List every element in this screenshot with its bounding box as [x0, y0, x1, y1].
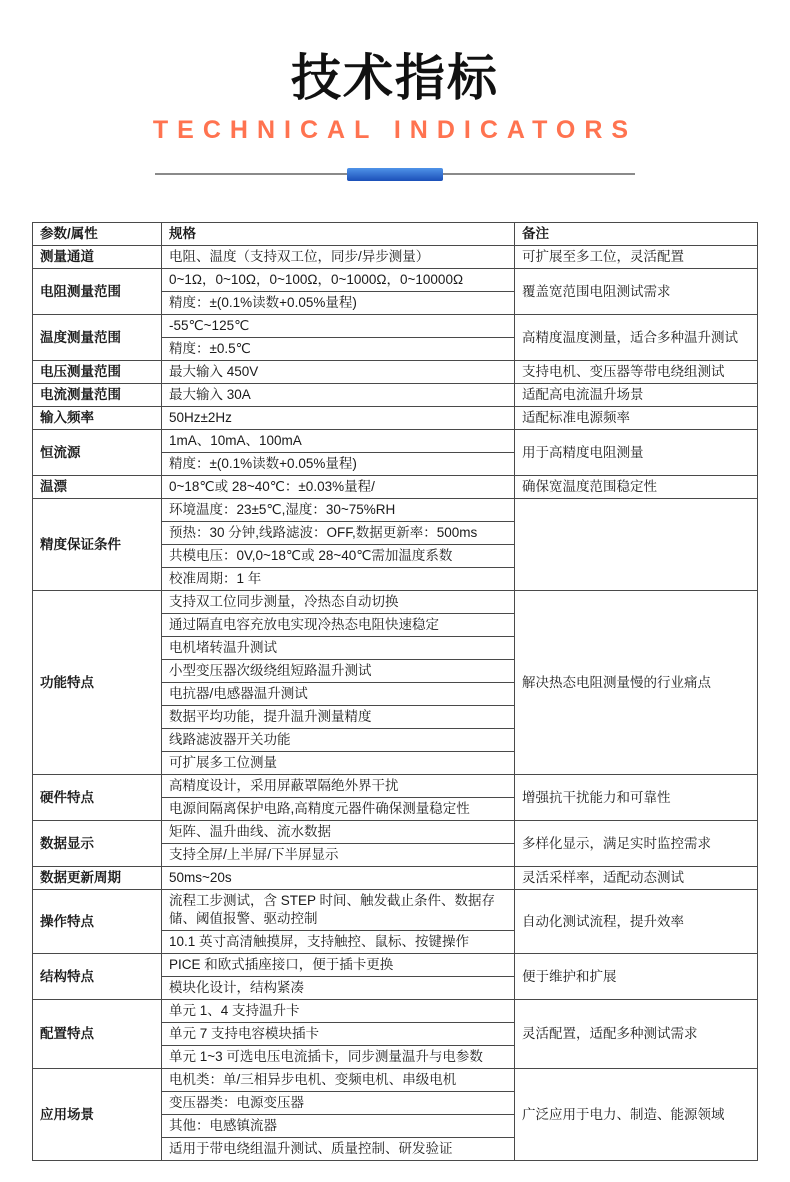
- spec-cell: 单元 7 支持电容模块插卡: [162, 1023, 515, 1046]
- spec-cell: 小型变压器次级绕组短路温升测试: [162, 660, 515, 683]
- header-row: 参数/属性规格备注: [33, 223, 758, 246]
- remark-cell: [515, 499, 758, 591]
- param-cell: 温度测量范围: [33, 315, 162, 361]
- spec-cell: 模块化设计，结构紧凑: [162, 977, 515, 1000]
- remark-cell: 灵活采样率，适配动态测试: [515, 867, 758, 890]
- spec-cell: 0~18℃或 28~40℃：±0.03%量程/: [162, 476, 515, 499]
- param-cell: 输入频率: [33, 407, 162, 430]
- spec-cell: 电抗器/电感器温升测试: [162, 683, 515, 706]
- table-row: 输入频率50Hz±2Hz适配标准电源频率: [33, 407, 758, 430]
- param-cell: 结构特点: [33, 954, 162, 1000]
- table-row: 配置特点单元 1、4 支持温升卡灵活配置，适配多种测试需求: [33, 1000, 758, 1023]
- table-row: 结构特点PICE 和欧式插座接口，便于插卡更换便于维护和扩展: [33, 954, 758, 977]
- remark-cell: 广泛应用于电力、制造、能源领域: [515, 1069, 758, 1161]
- remark-cell: 便于维护和扩展: [515, 954, 758, 1000]
- spec-cell: 通过隔直电容充放电实现冷热态电阻快速稳定: [162, 614, 515, 637]
- spec-cell: 50ms~20s: [162, 867, 515, 890]
- spec-cell: 其他：电感镇流器: [162, 1115, 515, 1138]
- spec-cell: 支持双工位同步测量，冷热态自动切换: [162, 591, 515, 614]
- param-cell: 数据更新周期: [33, 867, 162, 890]
- spec-cell: 精度：±0.5℃: [162, 338, 515, 361]
- column-header: 参数/属性: [33, 223, 162, 246]
- spec-cell: 电机类：单/三相异步电机、变频电机、串级电机: [162, 1069, 515, 1092]
- param-cell: 恒流源: [33, 430, 162, 476]
- table-row: 精度保证条件环境温度：23±5℃,湿度：30~75%RH: [33, 499, 758, 522]
- param-cell: 电压测量范围: [33, 361, 162, 384]
- spec-table: 参数/属性规格备注 测量通道电阻、温度（支持双工位，同步/异步测量）可扩展至多工…: [32, 222, 758, 1161]
- divider-accent-bar: [347, 168, 443, 181]
- spec-cell: 单元 1、4 支持温升卡: [162, 1000, 515, 1023]
- table-row: 数据显示矩阵、温升曲线、流水数据多样化显示，满足实时监控需求: [33, 821, 758, 844]
- remark-cell: 可扩展至多工位，灵活配置: [515, 246, 758, 269]
- spec-cell: 预热：30 分钟,线路滤波：OFF,数据更新率：500ms: [162, 522, 515, 545]
- remark-cell: 用于高精度电阻测量: [515, 430, 758, 476]
- table-row: 数据更新周期50ms~20s灵活采样率，适配动态测试: [33, 867, 758, 890]
- spec-table-body: 测量通道电阻、温度（支持双工位，同步/异步测量）可扩展至多工位，灵活配置电阻测量…: [33, 246, 758, 1161]
- table-row: 电阻测量范围0~1Ω，0~10Ω，0~100Ω，0~1000Ω，0~10000Ω…: [33, 269, 758, 292]
- spec-cell: 最大输入 30A: [162, 384, 515, 407]
- remark-cell: 覆盖宽范围电阻测试需求: [515, 269, 758, 315]
- spec-cell: 流程工步测试，含 STEP 时间、触发截止条件、数据存储、阈值报警、驱动控制: [162, 890, 515, 931]
- table-row: 测量通道电阻、温度（支持双工位，同步/异步测量）可扩展至多工位，灵活配置: [33, 246, 758, 269]
- spec-cell: 单元 1~3 可选电压电流插卡，同步测量温升与电参数: [162, 1046, 515, 1069]
- spec-cell: 数据平均功能，提升温升测量精度: [162, 706, 515, 729]
- spec-cell: 线路滤波器开关功能: [162, 729, 515, 752]
- table-row: 操作特点流程工步测试，含 STEP 时间、触发截止条件、数据存储、阈值报警、驱动…: [33, 890, 758, 931]
- spec-cell: 变压器类：电源变压器: [162, 1092, 515, 1115]
- table-row: 温度测量范围-55℃~125℃高精度温度测量，适合多种温升测试: [33, 315, 758, 338]
- table-row: 电流测量范围最大输入 30A适配高电流温升场景: [33, 384, 758, 407]
- header: 技术指标 TECHNICAL INDICATORS: [0, 0, 790, 182]
- remark-cell: 适配高电流温升场景: [515, 384, 758, 407]
- remark-cell: 适配标准电源频率: [515, 407, 758, 430]
- spec-cell: PICE 和欧式插座接口，便于插卡更换: [162, 954, 515, 977]
- param-cell: 电阻测量范围: [33, 269, 162, 315]
- column-header: 备注: [515, 223, 758, 246]
- spec-cell: 1mA、10mA、100mA: [162, 430, 515, 453]
- spec-cell: 校准周期：1 年: [162, 568, 515, 591]
- spec-cell: 最大输入 450V: [162, 361, 515, 384]
- param-cell: 测量通道: [33, 246, 162, 269]
- table-row: 温漂0~18℃或 28~40℃：±0.03%量程/确保宽温度范围稳定性: [33, 476, 758, 499]
- spec-cell: 可扩展多工位测量: [162, 752, 515, 775]
- remark-cell: 增强抗干扰能力和可靠性: [515, 775, 758, 821]
- param-cell: 功能特点: [33, 591, 162, 775]
- param-cell: 数据显示: [33, 821, 162, 867]
- spec-cell: 环境温度：23±5℃,湿度：30~75%RH: [162, 499, 515, 522]
- param-cell: 硬件特点: [33, 775, 162, 821]
- spec-cell: 50Hz±2Hz: [162, 407, 515, 430]
- param-cell: 配置特点: [33, 1000, 162, 1069]
- spec-cell: 共模电压：0V,0~18℃或 28~40℃需加温度系数: [162, 545, 515, 568]
- spec-cell: 精度：±(0.1%读数+0.05%量程): [162, 453, 515, 476]
- table-row: 硬件特点高精度设计，采用屏蔽罩隔绝外界干扰增强抗干扰能力和可靠性: [33, 775, 758, 798]
- spec-cell: 支持全屏/上半屏/下半屏显示: [162, 844, 515, 867]
- spec-cell: 电阻、温度（支持双工位，同步/异步测量）: [162, 246, 515, 269]
- remark-cell: 自动化测试流程，提升效率: [515, 890, 758, 954]
- remark-cell: 解决热态电阻测量慢的行业痛点: [515, 591, 758, 775]
- table-row: 功能特点支持双工位同步测量，冷热态自动切换解决热态电阻测量慢的行业痛点: [33, 591, 758, 614]
- remark-cell: 支持电机、变压器等带电绕组测试: [515, 361, 758, 384]
- spec-cell: 高精度设计，采用屏蔽罩隔绝外界干扰: [162, 775, 515, 798]
- page-title: 技术指标: [0, 48, 790, 108]
- param-cell: 温漂: [33, 476, 162, 499]
- table-row: 恒流源1mA、10mA、100mA用于高精度电阻测量: [33, 430, 758, 453]
- spec-cell: 矩阵、温升曲线、流水数据: [162, 821, 515, 844]
- page: 技术指标 TECHNICAL INDICATORS 参数/属性规格备注 测量通道…: [0, 0, 790, 1182]
- param-cell: 电流测量范围: [33, 384, 162, 407]
- table-row: 应用场景电机类：单/三相异步电机、变频电机、串级电机广泛应用于电力、制造、能源领…: [33, 1069, 758, 1092]
- divider: [155, 167, 635, 182]
- spec-cell: 电机堵转温升测试: [162, 637, 515, 660]
- column-header: 规格: [162, 223, 515, 246]
- remark-cell: 多样化显示，满足实时监控需求: [515, 821, 758, 867]
- table-row: 电压测量范围最大输入 450V支持电机、变压器等带电绕组测试: [33, 361, 758, 384]
- spec-cell: 10.1 英寸高清触摸屏，支持触控、鼠标、按键操作: [162, 931, 515, 954]
- spec-cell: -55℃~125℃: [162, 315, 515, 338]
- remark-cell: 确保宽温度范围稳定性: [515, 476, 758, 499]
- spec-cell: 电源间隔离保护电路,高精度元器件确保测量稳定性: [162, 798, 515, 821]
- spec-cell: 0~1Ω，0~10Ω，0~100Ω，0~1000Ω，0~10000Ω: [162, 269, 515, 292]
- param-cell: 应用场景: [33, 1069, 162, 1161]
- spec-cell: 精度：±(0.1%读数+0.05%量程): [162, 292, 515, 315]
- remark-cell: 灵活配置，适配多种测试需求: [515, 1000, 758, 1069]
- remark-cell: 高精度温度测量，适合多种温升测试: [515, 315, 758, 361]
- param-cell: 操作特点: [33, 890, 162, 954]
- spec-table-head: 参数/属性规格备注: [33, 223, 758, 246]
- param-cell: 精度保证条件: [33, 499, 162, 591]
- spec-cell: 适用于带电绕组温升测试、质量控制、研发验证: [162, 1138, 515, 1161]
- page-subtitle: TECHNICAL INDICATORS: [0, 116, 790, 145]
